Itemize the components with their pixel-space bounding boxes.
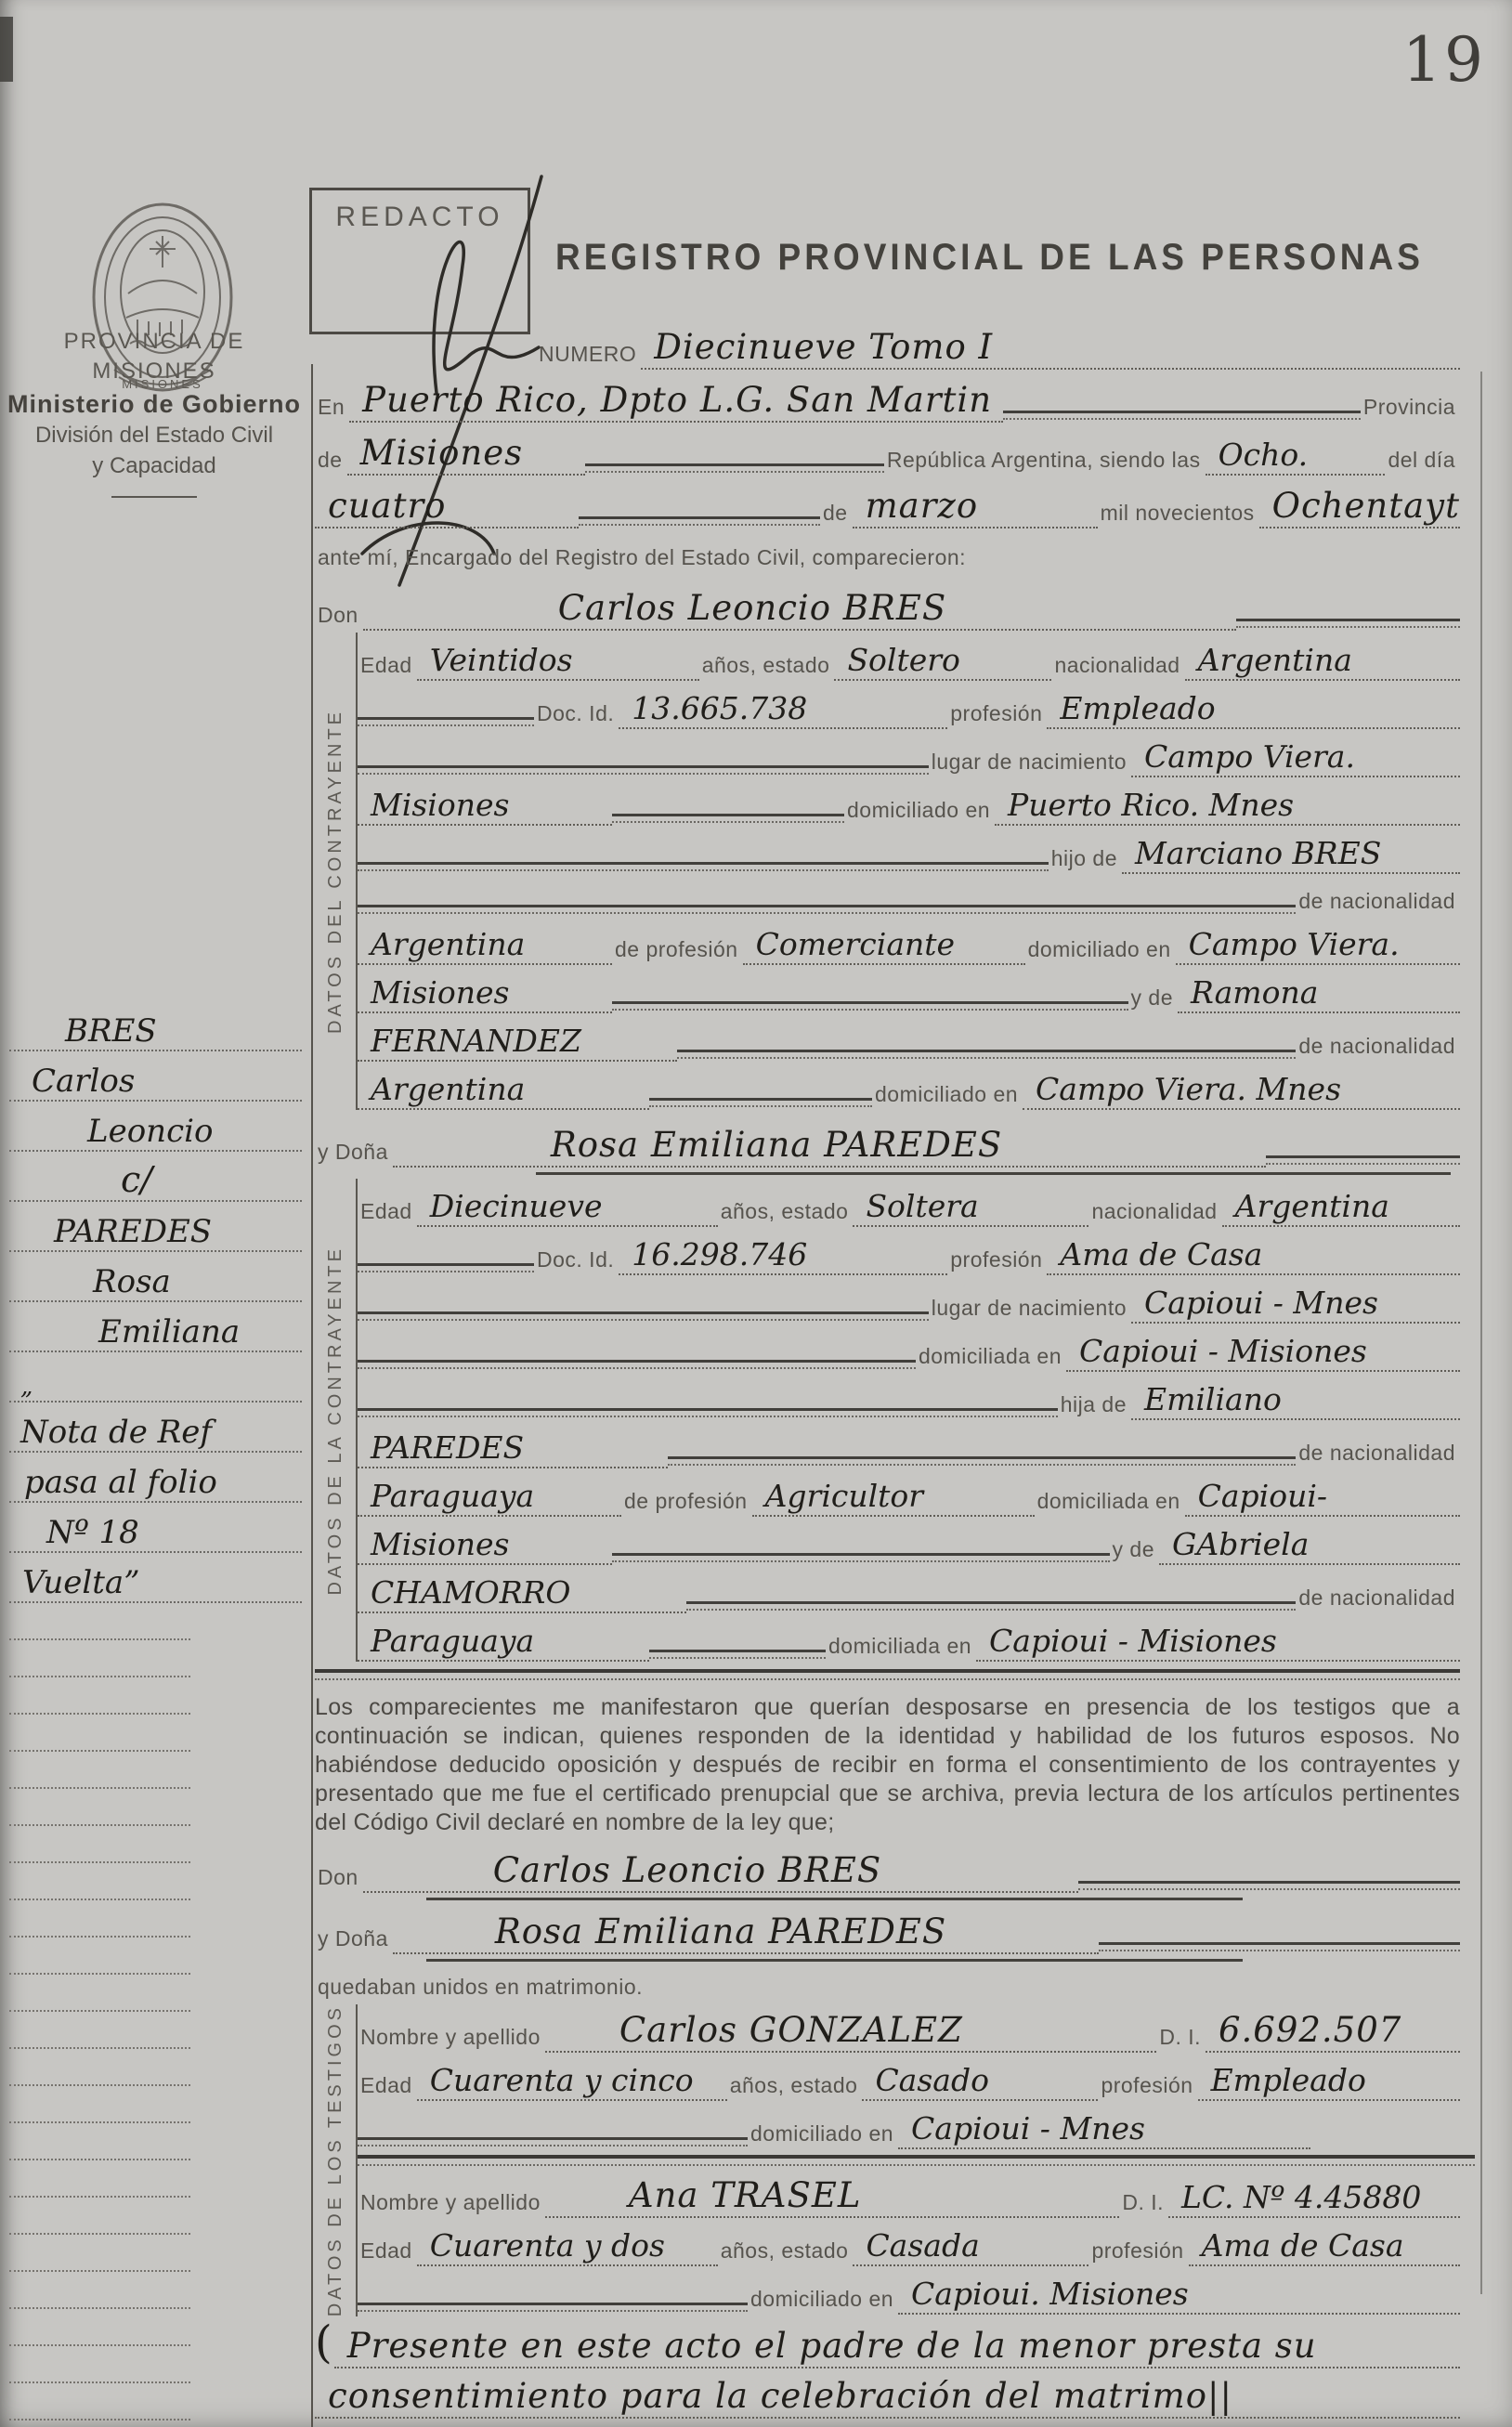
groom-mother-surname: FERNANDEZ — [358, 1023, 677, 1062]
de-nacionalidad-label: de nacionalidad — [1296, 1585, 1460, 1613]
domiciliado-label: domiciliado en — [1025, 937, 1176, 965]
margin-entry: „ — [9, 1352, 302, 1403]
witness1-residence-row: domiciliado en Capioui - Mnes — [358, 2101, 1484, 2149]
province-value: Misiones — [347, 433, 585, 476]
filler-rule — [649, 1650, 826, 1659]
groom-residence: Puerto Rico. Mnes — [995, 787, 1460, 826]
groom-father-profession: Comerciante — [743, 926, 1025, 965]
filler-rule — [649, 1098, 872, 1107]
witness1-name: Carlos GONZALEZ — [545, 2010, 1156, 2053]
filler-rule — [1099, 1942, 1460, 1951]
y-de-label: y de — [1128, 985, 1178, 1013]
margin-blank-line — [9, 1826, 190, 1863]
bride-section-caption-column: DATOS DE LA CONTRAYENTE — [315, 1179, 358, 1662]
de-nacionalidad-label: de nacionalidad — [1296, 1441, 1460, 1468]
margin-blank-line — [9, 2049, 190, 2086]
groom-section-caption: DATOS DEL CONTRAYENTE — [325, 709, 346, 1034]
declaration-bride-row: y Doña Rosa Emiliana PAREDES — [315, 1904, 1484, 1954]
margin-blank-line — [9, 1863, 190, 1900]
edad-label: Edad — [358, 1199, 417, 1227]
margin-entry: Leoncio — [9, 1102, 302, 1152]
margin-entry: c/ — [9, 1152, 302, 1202]
margin-entry: Emiliana — [9, 1302, 302, 1352]
witness2-age: Cuarenta y dos — [417, 2227, 718, 2266]
letterhead: PROVINCIA DE MISIONES Ministerio de Gobi… — [0, 327, 308, 498]
margin-blank-line — [9, 1975, 190, 2012]
en-label: En — [315, 395, 349, 423]
bride-residence-row: domiciliada en Capioui - Misiones — [358, 1324, 1484, 1372]
margin-entry: Rosa — [9, 1252, 302, 1302]
hija-de-label: hija de — [1058, 1392, 1131, 1420]
don-label: Don — [315, 603, 363, 631]
groom-section-body: Edad Veintidos años, estado Soltero naci… — [358, 633, 1484, 1110]
margin-entry: Vuelta” — [9, 1553, 302, 1603]
domiciliado-label: domiciliado en — [872, 1082, 1023, 1110]
section-divider — [315, 1669, 1460, 1680]
bride-father-nationality: Paraguaya — [358, 1478, 621, 1517]
filler-rule — [358, 862, 1049, 871]
hijo-de-label: hijo de — [1049, 846, 1122, 874]
groom-father-residence-cont: Misiones — [358, 974, 612, 1013]
filler-rule — [358, 1263, 534, 1272]
bride-mother-surname: CHAMORRO — [358, 1574, 686, 1613]
bride-father-surname: PAREDES — [358, 1429, 668, 1468]
bride-age: Diecinueve — [417, 1188, 718, 1227]
form-main-column: NUMERO Diecinueve Tomo I En Puerto Rico,… — [315, 325, 1484, 2419]
filler-rule — [1003, 411, 1361, 420]
groom-residence-row: Misiones domiciliado en Puerto Rico. Mne… — [358, 777, 1484, 826]
numero-label: NUMERO — [536, 342, 641, 370]
margin-blank-line — [9, 2272, 190, 2309]
lugar-nacimiento-label: lugar de nacimiento — [929, 750, 1131, 777]
margin-blank-line — [9, 2086, 190, 2123]
margin-blank-line — [9, 2160, 190, 2198]
edad-label: Edad — [358, 2073, 417, 2101]
witness1-profession: Empleado — [1198, 2062, 1460, 2101]
ante-mi-label: ante mí, Encargado del Registro del Esta… — [315, 545, 971, 573]
witness2-name: Ana TRASEL — [545, 2175, 1119, 2218]
filler-rule — [1266, 1155, 1460, 1165]
groom-name: Carlos Leoncio BRES — [363, 588, 1236, 631]
margin-entry: Nº 18 — [9, 1503, 302, 1553]
margin-entry: Carlos — [9, 1051, 302, 1102]
consent-note-row1: ( Presente en este acto el padre de la m… — [315, 2316, 1484, 2368]
de-nacionalidad-label: de nacionalidad — [1296, 1034, 1460, 1062]
groom-mother-residence: Campo Viera. Mnes — [1023, 1071, 1460, 1110]
bride-father-profession: Agricultor — [752, 1478, 1035, 1517]
groom-father-row: hijo de Marciano BRES — [358, 826, 1484, 874]
groom-father-nationality: Argentina — [358, 926, 612, 965]
scan-corner-mark — [0, 17, 13, 82]
del-dia-label: del día — [1385, 448, 1460, 476]
margin-entry: PAREDES — [9, 1202, 302, 1252]
groom-birthplace: Campo Viera. — [1131, 738, 1460, 777]
groom-mother-row: Misiones y de Ramona — [358, 965, 1484, 1013]
witnesses-section-caption-column: DATOS DE LOS TESTIGOS — [315, 2004, 358, 2316]
place-row: En Puerto Rico, Dpto L.G. San Martin Pro… — [315, 370, 1484, 423]
witness2-residence: Capioui. Misiones — [898, 2276, 1460, 2315]
filler-rule — [358, 765, 929, 775]
bride-birthplace: Capioui - Mnes — [1131, 1285, 1460, 1324]
de-profesion-label: de profesión — [612, 937, 743, 965]
bride-father-name: Emiliano — [1131, 1381, 1460, 1420]
witness1-document: 6.692.507 — [1206, 2010, 1460, 2053]
day-value: cuatro — [315, 486, 579, 528]
filler-rule — [677, 1050, 1296, 1059]
filler-rule — [1078, 1881, 1460, 1890]
filler-rule — [358, 1360, 916, 1369]
place-value: Puerto Rico, Dpto L.G. San Martin — [349, 380, 1003, 423]
profesion-label: profesión — [947, 701, 1047, 729]
bride-profession: Ama de Casa — [1047, 1236, 1460, 1275]
witness1-name-row: Nombre y apellido Carlos GONZALEZ D. I. … — [358, 2004, 1484, 2053]
witness1-residence: Capioui - Mnes — [898, 2110, 1310, 2149]
bride-father-row: hija de Emiliano — [358, 1372, 1484, 1420]
bride-birthplace-row: lugar de nacimiento Capioui - Mnes — [358, 1275, 1484, 1324]
de2-label: de — [820, 501, 853, 528]
filler-rule — [358, 1408, 1058, 1417]
nombre-apellido-label: Nombre y apellido — [358, 2190, 545, 2218]
page-number: 19 — [1402, 24, 1486, 96]
redacto-stamp-label: REDACTO — [312, 202, 528, 233]
anos-estado-label: años, estado — [727, 2073, 863, 2101]
groom-profession: Empleado — [1047, 690, 1460, 729]
margin-blank-line — [9, 1938, 190, 1975]
province-row: de Misiones República Argentina, siendo … — [315, 423, 1484, 476]
double-rule — [426, 1898, 1243, 1900]
filler-rule — [358, 905, 1296, 914]
margin-blank-line — [9, 2012, 190, 2049]
bride-mother-residence: Capioui - Misiones — [976, 1623, 1460, 1662]
document-title: REGISTRO PROVINCIAL DE LAS PERSONAS — [555, 236, 1475, 278]
margin-blank-line — [9, 2309, 190, 2346]
witness1-marital-status: Casado — [862, 2062, 1098, 2101]
witness1-age: Cuarenta y cinco — [417, 2062, 727, 2101]
y-dona-label: y Doña — [315, 1140, 393, 1168]
witness2-name-row: Nombre y apellido Ana TRASEL D. I. LC. N… — [358, 2170, 1484, 2218]
double-rule — [426, 1959, 1243, 1962]
profesion-label: profesión — [1098, 2073, 1197, 2101]
declaration-groom-name: Carlos Leoncio BRES — [363, 1850, 1078, 1893]
republica-label: República Argentina, siendo las — [884, 448, 1206, 476]
filler-rule — [579, 516, 820, 526]
married-statement-row: quedaban unidos en matrimonio. — [315, 1965, 1484, 2003]
bride-section-caption: DATOS DE LA CONTRAYENTE — [325, 1246, 346, 1596]
bride-mother-detail-row: Paraguaya domiciliada en Capioui - Misio… — [358, 1613, 1484, 1662]
profesion-label: profesión — [947, 1247, 1047, 1275]
filler-rule — [686, 1601, 1296, 1611]
de-profesion-label: de profesión — [621, 1489, 752, 1517]
bride-section: DATOS DE LA CONTRAYENTE Edad Diecinueve … — [315, 1179, 1484, 1662]
filler-rule — [585, 463, 884, 473]
bride-father-surname-row: PAREDES de nacionalidad — [358, 1420, 1484, 1468]
double-rule — [536, 1172, 1451, 1175]
groom-age-row: Edad Veintidos años, estado Soltero naci… — [358, 633, 1484, 681]
witness1-age-row: Edad Cuarenta y cinco años, estado Casad… — [358, 2053, 1484, 2101]
bride-nationality: Argentina — [1222, 1188, 1460, 1227]
margin-entry: Nota de Ref — [9, 1403, 302, 1453]
margin-blank-line — [9, 2346, 190, 2383]
bride-section-body: Edad Diecinueve años, estado Soltera nac… — [358, 1179, 1484, 1662]
doc-id-label: Doc. Id. — [534, 1247, 619, 1275]
groom-name-row: Don Carlos Leoncio BRES — [315, 573, 1484, 631]
di-label: D. I. — [1156, 2025, 1206, 2053]
de-label: de — [315, 448, 347, 476]
filler-rule — [358, 2137, 748, 2146]
lugar-nacimiento-label: lugar de nacimiento — [929, 1296, 1131, 1324]
declaration-groom-row: Don Carlos Leoncio BRES — [315, 1841, 1484, 1893]
bride-father-residence: Capioui- — [1185, 1478, 1460, 1517]
bride-marital-status: Soltera — [853, 1188, 1088, 1227]
margin-blank-line — [9, 1900, 190, 1938]
bride-mother-row: Misiones y de GAbriela — [358, 1517, 1484, 1565]
domiciliada-label: domiciliada en — [1035, 1489, 1185, 1517]
witness2-residence-row: domiciliado en Capioui. Misiones — [358, 2266, 1484, 2315]
ante-mi-row: ante mí, Encargado del Registro del Esta… — [315, 528, 1484, 573]
nacionalidad-label: nacionalidad — [1088, 1199, 1221, 1227]
edad-label: Edad — [358, 653, 417, 681]
filler-rule — [612, 1001, 1128, 1011]
bride-father-detail-row: Paraguaya de profesión Agricultor domici… — [358, 1468, 1484, 1517]
legal-paragraph: Los comparecientes me manifestaron que q… — [315, 1693, 1460, 1837]
groom-marital-status: Soltero — [834, 642, 1051, 681]
witness-divider — [358, 2155, 1475, 2166]
numero-value: Diecinueve Tomo I — [641, 327, 1460, 370]
hour-value: Ocho. — [1206, 437, 1386, 476]
doc-id-label: Doc. Id. — [534, 701, 619, 729]
don-label: Don — [315, 1865, 363, 1893]
groom-age: Veintidos — [417, 642, 699, 681]
letterhead-line3: División del Estado Civil — [0, 421, 308, 450]
domiciliado-label: domiciliado en — [748, 2287, 898, 2315]
groom-doc-row: Doc. Id. 13.665.738 profesión Empleado — [358, 681, 1484, 729]
bride-mother-surname-row: CHAMORRO de nacionalidad — [358, 1565, 1484, 1613]
filler-rule — [358, 717, 534, 726]
mil-novecientos-label: mil novecientos — [1098, 501, 1259, 528]
witnesses-section-caption: DATOS DE LOS TESTIGOS — [325, 2004, 346, 2316]
bride-name-row: y Doña Rosa Emiliana PAREDES — [315, 1110, 1484, 1168]
filler-rule — [612, 1553, 1110, 1562]
y-de-label: y de — [1110, 1537, 1159, 1565]
consent-note-row2: consentimiento para la celebración del m… — [315, 2368, 1484, 2419]
bride-mother-nationality: Paraguaya — [358, 1623, 649, 1662]
groom-nationality: Argentina — [1185, 642, 1460, 681]
witness2-age-row: Edad Cuarenta y dos años, estado Casada … — [358, 2218, 1484, 2266]
domiciliada-label: domiciliada en — [826, 1634, 976, 1662]
bride-doc-row: Doc. Id. 16.298.746 profesión Ama de Cas… — [358, 1227, 1484, 1275]
consent-note-line1: Presente en este acto el padre de la men… — [334, 2326, 1460, 2368]
bride-doc-id: 16.298.746 — [619, 1236, 947, 1275]
domiciliado-label: domiciliado en — [748, 2121, 898, 2149]
letterhead-line1: PROVINCIA DE MISIONES — [0, 327, 308, 387]
groom-mother-name: Ramona — [1178, 974, 1460, 1013]
groom-section: DATOS DEL CONTRAYENTE Edad Veintidos año… — [315, 633, 1484, 1110]
margin-blank-line — [9, 2383, 190, 2420]
filler-rule — [358, 2303, 748, 2312]
witness2-profession: Ama de Casa — [1189, 2227, 1460, 2266]
date-row: cuatro de marzo mil novecientos Ochentay… — [315, 476, 1484, 528]
filler-rule — [358, 1311, 929, 1321]
anos-estado-label: años, estado — [718, 1199, 854, 1227]
groom-birthplace-cont: Misiones — [358, 787, 612, 826]
margin-entry: pasa al folio — [9, 1453, 302, 1503]
filler-rule — [668, 1456, 1296, 1466]
witnesses-section-body: Nombre y apellido Carlos GONZALEZ D. I. … — [358, 2004, 1484, 2316]
groom-section-caption-column: DATOS DEL CONTRAYENTE — [315, 633, 358, 1110]
witness2-marital-status: Casada — [853, 2227, 1088, 2266]
margin-blank-line — [9, 2235, 190, 2272]
witnesses-section: DATOS DE LOS TESTIGOS Nombre y apellido … — [315, 2004, 1484, 2316]
provincia-label: Provincia — [1361, 395, 1460, 423]
anos-estado-label: años, estado — [718, 2238, 854, 2266]
year-value: Ochentaytres — [1259, 486, 1460, 528]
anos-estado-label: años, estado — [699, 653, 835, 681]
y-dona-label: y Doña — [315, 1926, 393, 1954]
margin-blank-line — [9, 1640, 190, 1677]
nombre-apellido-label: Nombre y apellido — [358, 2025, 545, 2053]
margin-blank-line — [9, 2123, 190, 2160]
groom-father-detail-row: Argentina de profesión Comerciante domic… — [358, 917, 1484, 965]
edad-label: Edad — [358, 2238, 417, 2266]
numero-row: NUMERO Diecinueve Tomo I — [315, 325, 1484, 370]
filler-rule — [1236, 619, 1460, 628]
groom-father-nationality-label-row: de nacionalidad — [358, 874, 1484, 917]
domiciliada-label: domiciliada en — [916, 1344, 1066, 1372]
groom-father-name: Marciano BRES — [1122, 835, 1460, 874]
nacionalidad-label: nacionalidad — [1051, 653, 1184, 681]
di-label: D. I. — [1119, 2190, 1168, 2218]
groom-mother-detail-row: Argentina domiciliado en Campo Viera. Mn… — [358, 1062, 1484, 1110]
married-statement: quedaban unidos en matrimonio. — [315, 1975, 647, 2003]
pen-flourish: ( — [315, 2316, 334, 2368]
margin-blank-line — [9, 2198, 190, 2235]
margin-column: BRES Carlos Leoncio c/ PAREDES Rosa Emil… — [9, 1001, 302, 2420]
groom-doc-id: 13.665.738 — [619, 690, 947, 729]
margin-blank-line — [9, 1789, 190, 1826]
month-value: marzo — [853, 486, 1098, 528]
groom-mother-surname-row: FERNANDEZ de nacionalidad — [358, 1013, 1484, 1062]
scanned-marriage-record-page: 19 MISIONES PROVINCIA DE MISIONES Minist… — [0, 0, 1512, 2427]
bride-residence: Capioui - Misiones — [1066, 1333, 1460, 1372]
bride-father-residence-cont: Misiones — [358, 1526, 612, 1565]
margin-blank-line — [9, 1677, 190, 1715]
bride-age-row: Edad Diecinueve años, estado Soltera nac… — [358, 1179, 1484, 1227]
margin-blank-line — [9, 1603, 190, 1640]
filler-rule — [612, 814, 844, 823]
letterhead-line4: y Capacidad — [0, 451, 308, 481]
groom-mother-nationality: Argentina — [358, 1071, 649, 1110]
redacto-stamp: REDACTO — [309, 188, 530, 334]
margin-entry: BRES — [9, 1001, 302, 1051]
de-nacionalidad-label: de nacionalidad — [1296, 889, 1460, 917]
bride-mother-name: GAbriela — [1159, 1526, 1460, 1565]
letterhead-divider — [111, 496, 197, 498]
groom-father-residence: Campo Viera. — [1176, 926, 1460, 965]
consent-note-line2: consentimiento para la celebración del m… — [315, 2376, 1460, 2419]
groom-birthplace-row: lugar de nacimiento Campo Viera. — [358, 729, 1484, 777]
letterhead-line2: Ministerio de Gobierno — [0, 387, 308, 421]
margin-blank-line — [9, 1715, 190, 1752]
form-left-border — [311, 364, 313, 2427]
domiciliado-label: domiciliado en — [844, 798, 995, 826]
bride-name: Rosa Emiliana PAREDES — [393, 1125, 1266, 1168]
declaration-bride-name: Rosa Emiliana PAREDES — [393, 1912, 1099, 1954]
witness2-document: LC. Nº 4.45880 — [1168, 2179, 1460, 2218]
margin-blank-line — [9, 1752, 190, 1789]
profesion-label: profesión — [1088, 2238, 1188, 2266]
